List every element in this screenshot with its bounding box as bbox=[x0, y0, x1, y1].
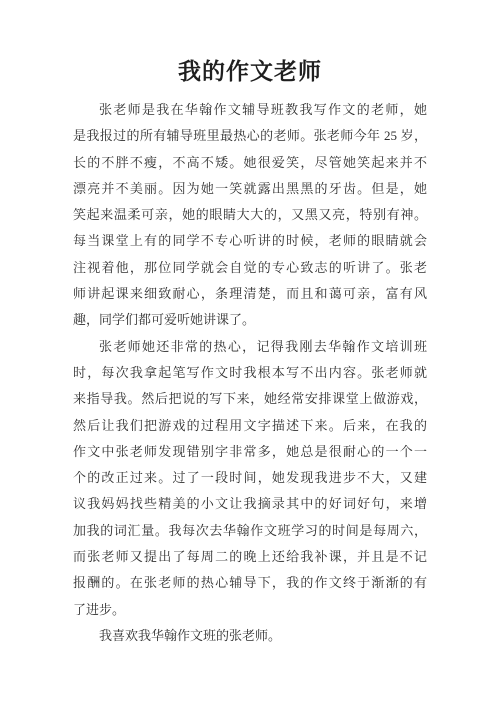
text-line: 师讲起课来细致耐心，条理清楚，而且和蔼可亲，富有风 bbox=[73, 281, 427, 307]
text-line: 每当课堂上有的同学不专心听讲的时候，老师的眼睛就会 bbox=[73, 228, 427, 254]
text-line: 我喜欢我华翰作文班的张老师。 bbox=[73, 623, 427, 649]
text-line: 然后让我们把游戏的过程用文字描述下来。后来，在我的 bbox=[73, 413, 427, 439]
text-line: 了进步。 bbox=[73, 597, 427, 623]
essay-body: 张老师是我在华翰作文辅导班教我写作文的老师，她是我报过的所有辅导班里最热心的老师… bbox=[73, 97, 427, 649]
document-page: 我的作文老师 张老师是我在华翰作文辅导班教我写作文的老师，她是我报过的所有辅导班… bbox=[0, 0, 500, 708]
text-line: 漂亮并不美丽。因为她一笑就露出黑黑的牙齿。但是，她 bbox=[73, 176, 427, 202]
text-line: 是我报过的所有辅导班里最热心的老师。张老师今年 25 岁， bbox=[73, 123, 427, 149]
text-line: 时，每次我拿起笔写作文时我根本写不出内容。张老师就 bbox=[73, 360, 427, 386]
text-line: 长的不胖不瘦，不高不矮。她很爱笑，尽管她笑起来并不 bbox=[73, 150, 427, 176]
text-line: 张老师她还非常的热心，记得我刚去华翰作文培训班 bbox=[73, 334, 427, 360]
text-line: 议我妈妈找些精美的小文让我摘录其中的好词好句，来增 bbox=[73, 491, 427, 517]
text-line: 笑起来温柔可亲，她的眼睛大大的，又黑又亮，特别有神。 bbox=[73, 202, 427, 228]
text-line: 张老师是我在华翰作文辅导班教我写作文的老师，她 bbox=[73, 97, 427, 123]
text-line: 加我的词汇量。我每次去华翰作文班学习的时间是每周六， bbox=[73, 518, 427, 544]
text-line: 而张老师又提出了每周二的晚上还给我补课，并且是不记 bbox=[73, 544, 427, 570]
text-line: 个的改正过来。过了一段时间，她发现我进步不大，又建 bbox=[73, 465, 427, 491]
text-line: 来指导我。然后把说的写下来，她经常安排课堂上做游戏， bbox=[73, 386, 427, 412]
text-line: 注视着他，那位同学就会自觉的专心致志的听讲了。张老 bbox=[73, 255, 427, 281]
text-line: 作文中张老师发现错别字非常多，她总是很耐心的一个一 bbox=[73, 439, 427, 465]
text-line: 报酬的。在张老师的热心辅导下，我的作文终于渐渐的有 bbox=[73, 570, 427, 596]
document-title: 我的作文老师 bbox=[0, 0, 500, 87]
text-line: 趣，同学们都可爱听她讲课了。 bbox=[73, 307, 427, 333]
